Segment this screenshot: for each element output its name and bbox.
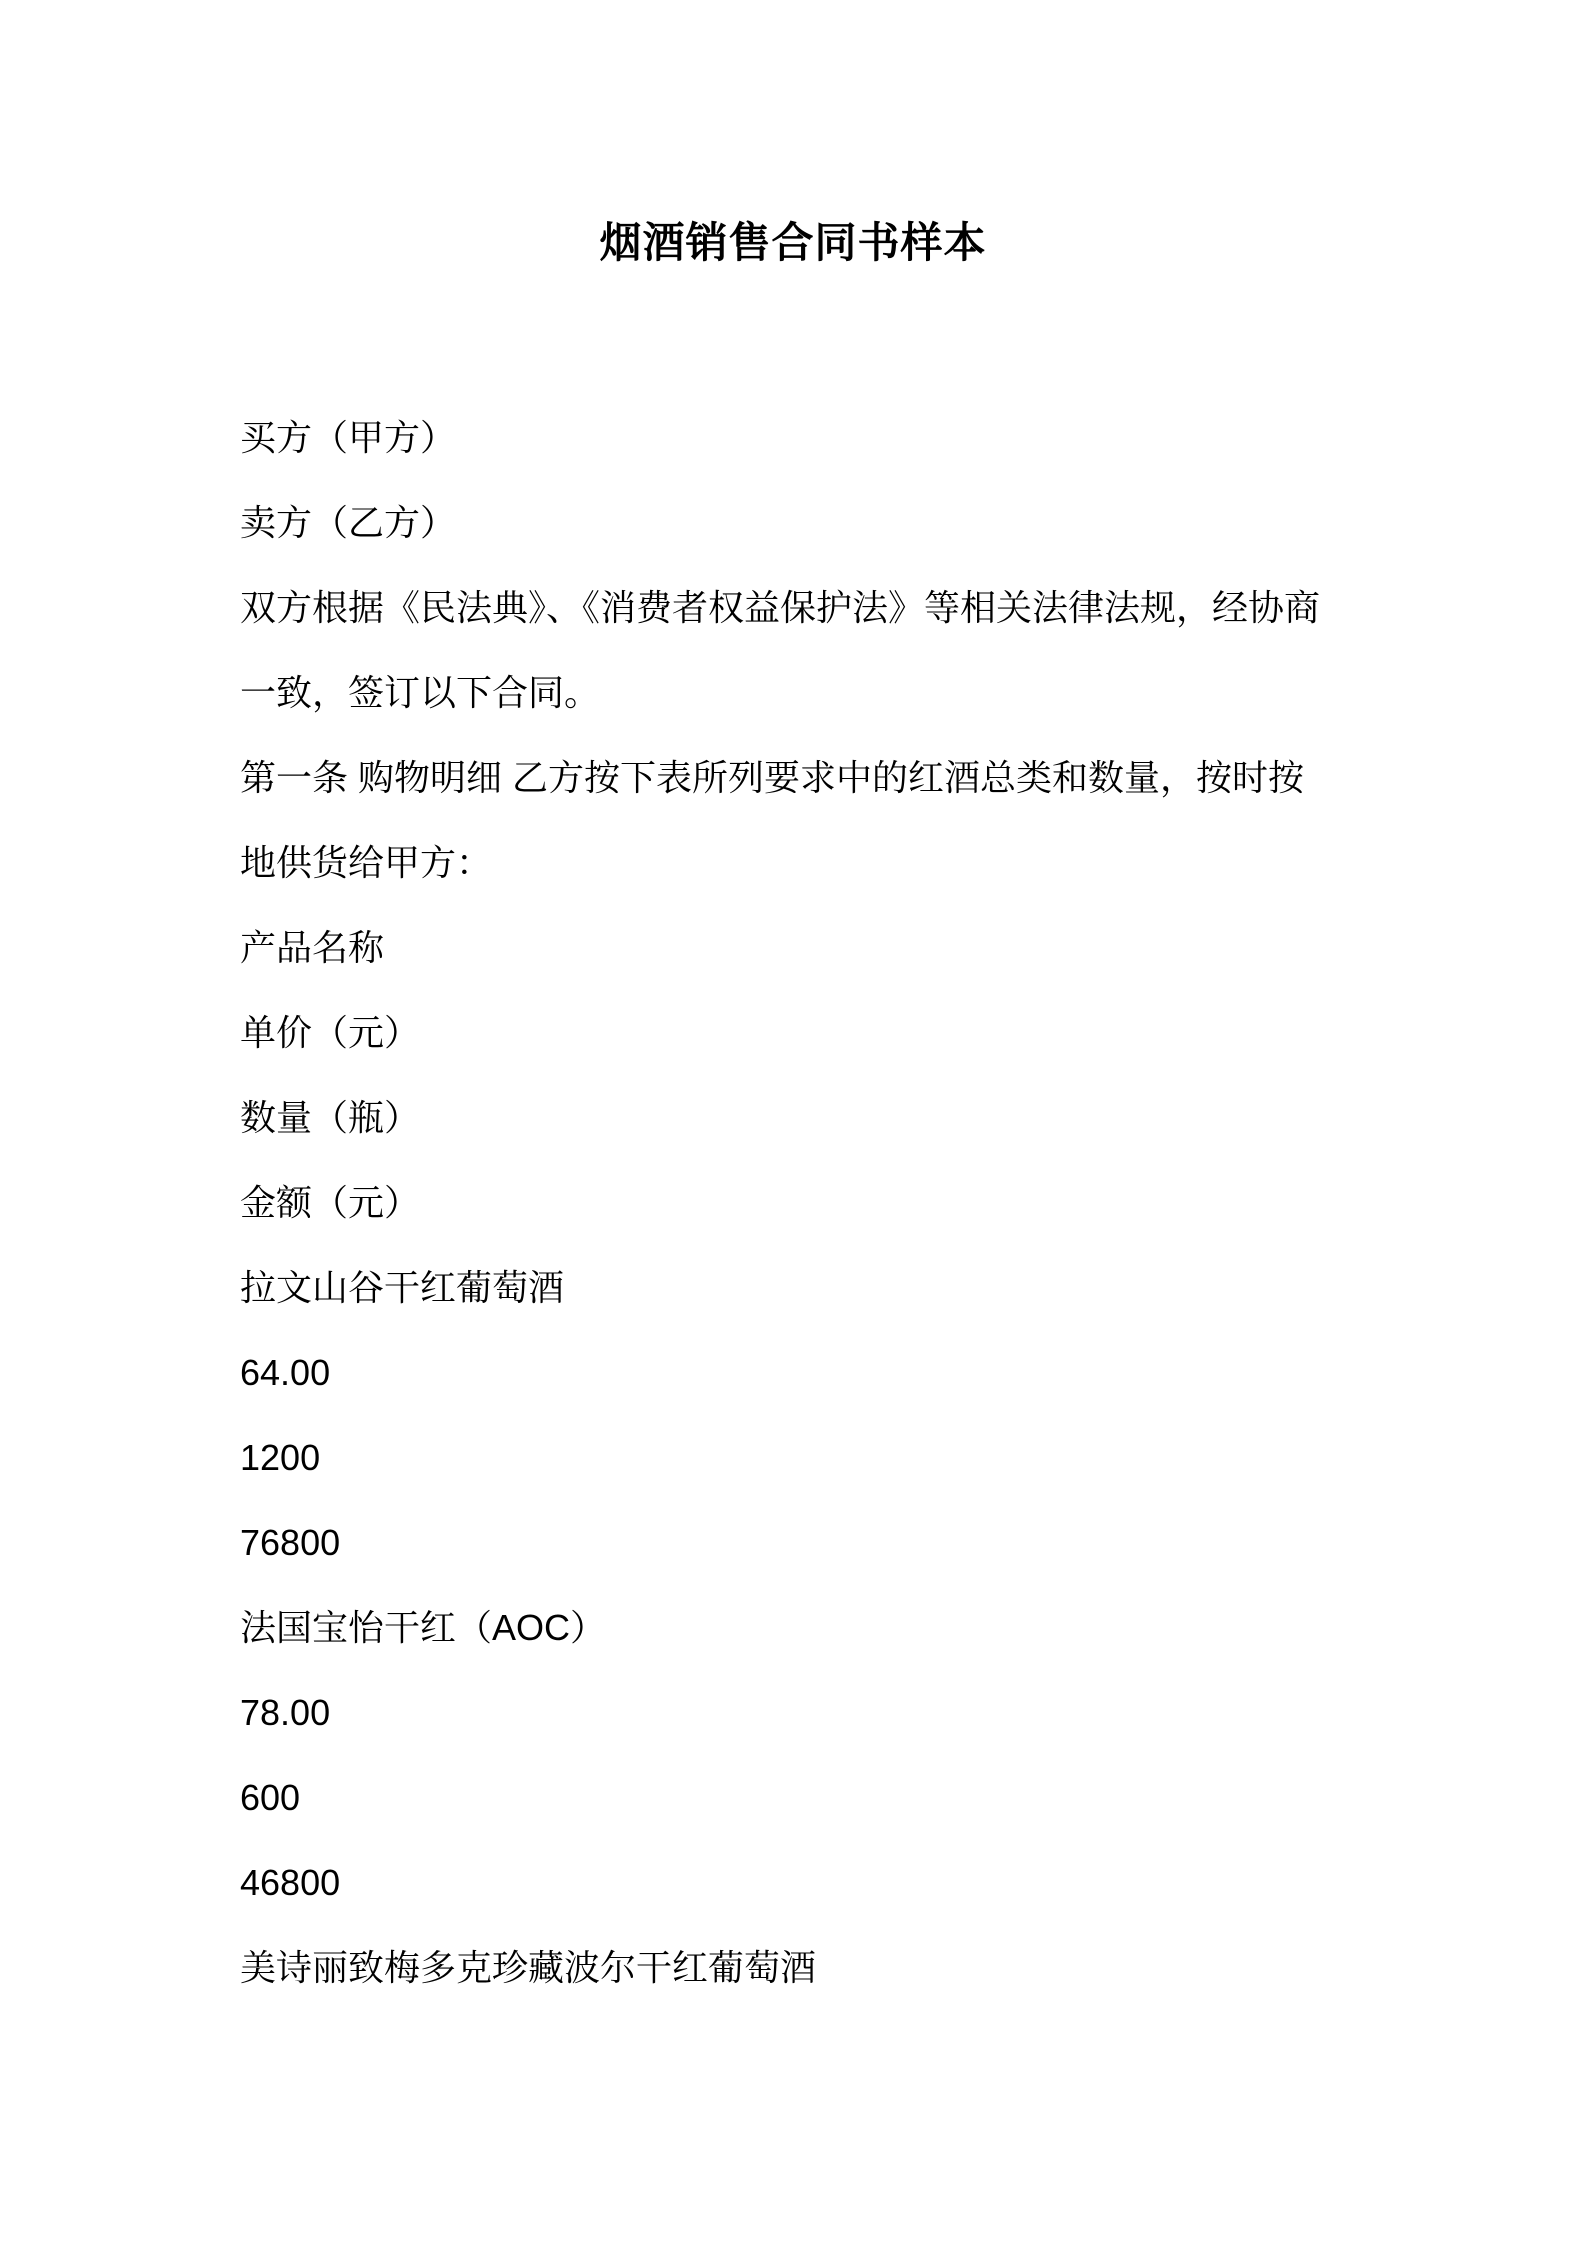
document-title: 烟酒销售合同书样本 [0,212,1586,274]
product-1-name: 拉文山谷干红葡萄酒 [240,1245,1370,1330]
product-1-quantity: 1200 [240,1415,1370,1500]
line-preamble-2: 一致，签订以下合同。 [240,650,1370,735]
header-unit-price: 单价（元） [240,990,1370,1075]
product-2-quantity: 600 [240,1755,1370,1840]
document-page: 烟酒销售合同书样本 买方（甲方） 卖方（乙方） 双方根据《民法典》、《消费者权益… [0,0,1586,2244]
product-2-name: 法国宝怡干红（AOC） [240,1585,1370,1670]
line-seller: 卖方（乙方） [240,480,1370,565]
line-article1-1: 第一条 购物明细 乙方按下表所列要求中的红酒总类和数量，按时按 [240,735,1370,820]
product-1-amount: 76800 [240,1500,1370,1585]
header-quantity: 数量（瓶） [240,1075,1370,1160]
product-3-name: 美诗丽致梅多克珍藏波尔干红葡萄酒 [240,1925,1370,2010]
header-product-name: 产品名称 [240,905,1370,990]
product-1-unit-price: 64.00 [240,1330,1370,1415]
line-buyer: 买方（甲方） [240,395,1370,480]
line-preamble-1: 双方根据《民法典》、《消费者权益保护法》等相关法律法规，经协商 [240,565,1370,650]
document-body: 买方（甲方） 卖方（乙方） 双方根据《民法典》、《消费者权益保护法》等相关法律法… [240,395,1370,2010]
product-2-unit-price: 78.00 [240,1670,1370,1755]
line-article1-2: 地供货给甲方： [240,820,1370,905]
header-amount: 金额（元） [240,1160,1370,1245]
product-2-amount: 46800 [240,1840,1370,1925]
